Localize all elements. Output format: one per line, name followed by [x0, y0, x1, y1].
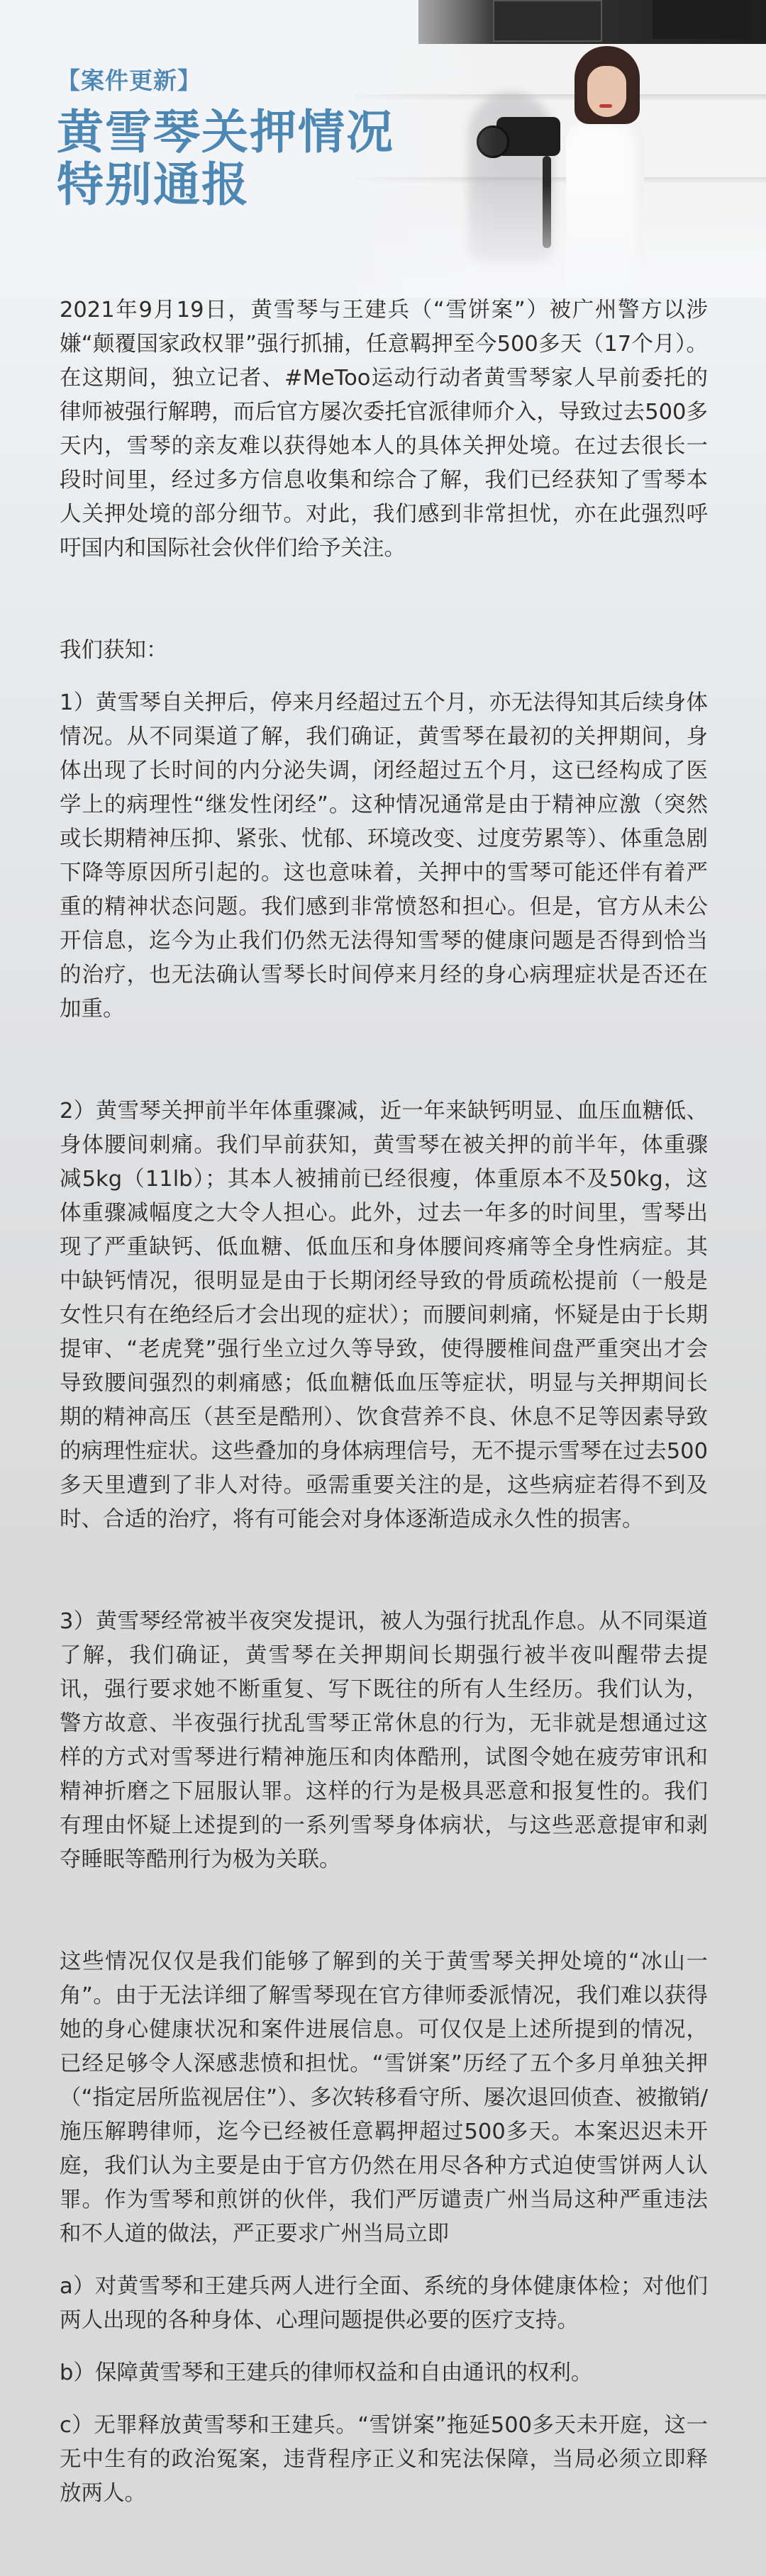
demand-c: c）无罪释放黄雪琴和王建兵。“雪饼案”拖延500多天未开庭，这一无中生有的政治冤… — [60, 2409, 708, 2511]
spacer — [60, 2390, 708, 2409]
spacer — [60, 1537, 708, 1605]
spacer — [60, 668, 708, 686]
title-line-1: 黄雪琴关押情况 — [57, 106, 394, 159]
known-label: 我们获知： — [60, 634, 708, 668]
demand-b: b）保障黄雪琴和王建兵的律师权益和自由通讯的权利。 — [60, 2356, 708, 2390]
page-title: 黄雪琴关押情况 特别通报 — [57, 106, 394, 211]
spacer — [60, 1877, 708, 1945]
spacer — [60, 2338, 708, 2356]
point-2-paragraph: 2）黄雪琴关押前半年体重骤减，近一年来缺钙明显、血压血糖低、身体腰间刺痛。我们早… — [60, 1094, 708, 1537]
intro-paragraph: 2021年9月19日，黄雪琴与王建兵（“雪饼案”）被广州警方以涉嫌“颠覆国家政权… — [60, 293, 708, 566]
title-line-2: 特别通报 — [57, 159, 394, 211]
point-1-paragraph: 1）黄雪琴自关押后，停来月经超过五个月，亦无法得知其后续身体情况。从不同渠道了解… — [60, 686, 708, 1026]
summary-paragraph: 这些情况仅仅是我们能够了解到的关于黄雪琴关押处境的“冰山一角”。由于无法详细了解… — [60, 1945, 708, 2251]
spacer — [60, 1026, 708, 1094]
case-update-tag: 【案件更新】 — [57, 62, 201, 96]
point-3-paragraph: 3）黄雪琴经常被半夜突发提讯，被人为强行扰乱作息。从不同渠道了解，我们确证，黄雪… — [60, 1605, 708, 1877]
article-body: 2021年9月19日，黄雪琴与王建兵（“雪饼案”）被广州警方以涉嫌“颠覆国家政权… — [60, 293, 708, 2511]
spacer — [60, 2251, 708, 2270]
demand-a: a）对黄雪琴和王建兵两人进行全面、系统的身体健康体检；对他们两人出现的各种身体、… — [60, 2270, 708, 2338]
hero-banner: 【案件更新】 黄雪琴关押情况 特别通报 — [0, 0, 766, 298]
spacer — [60, 566, 708, 634]
